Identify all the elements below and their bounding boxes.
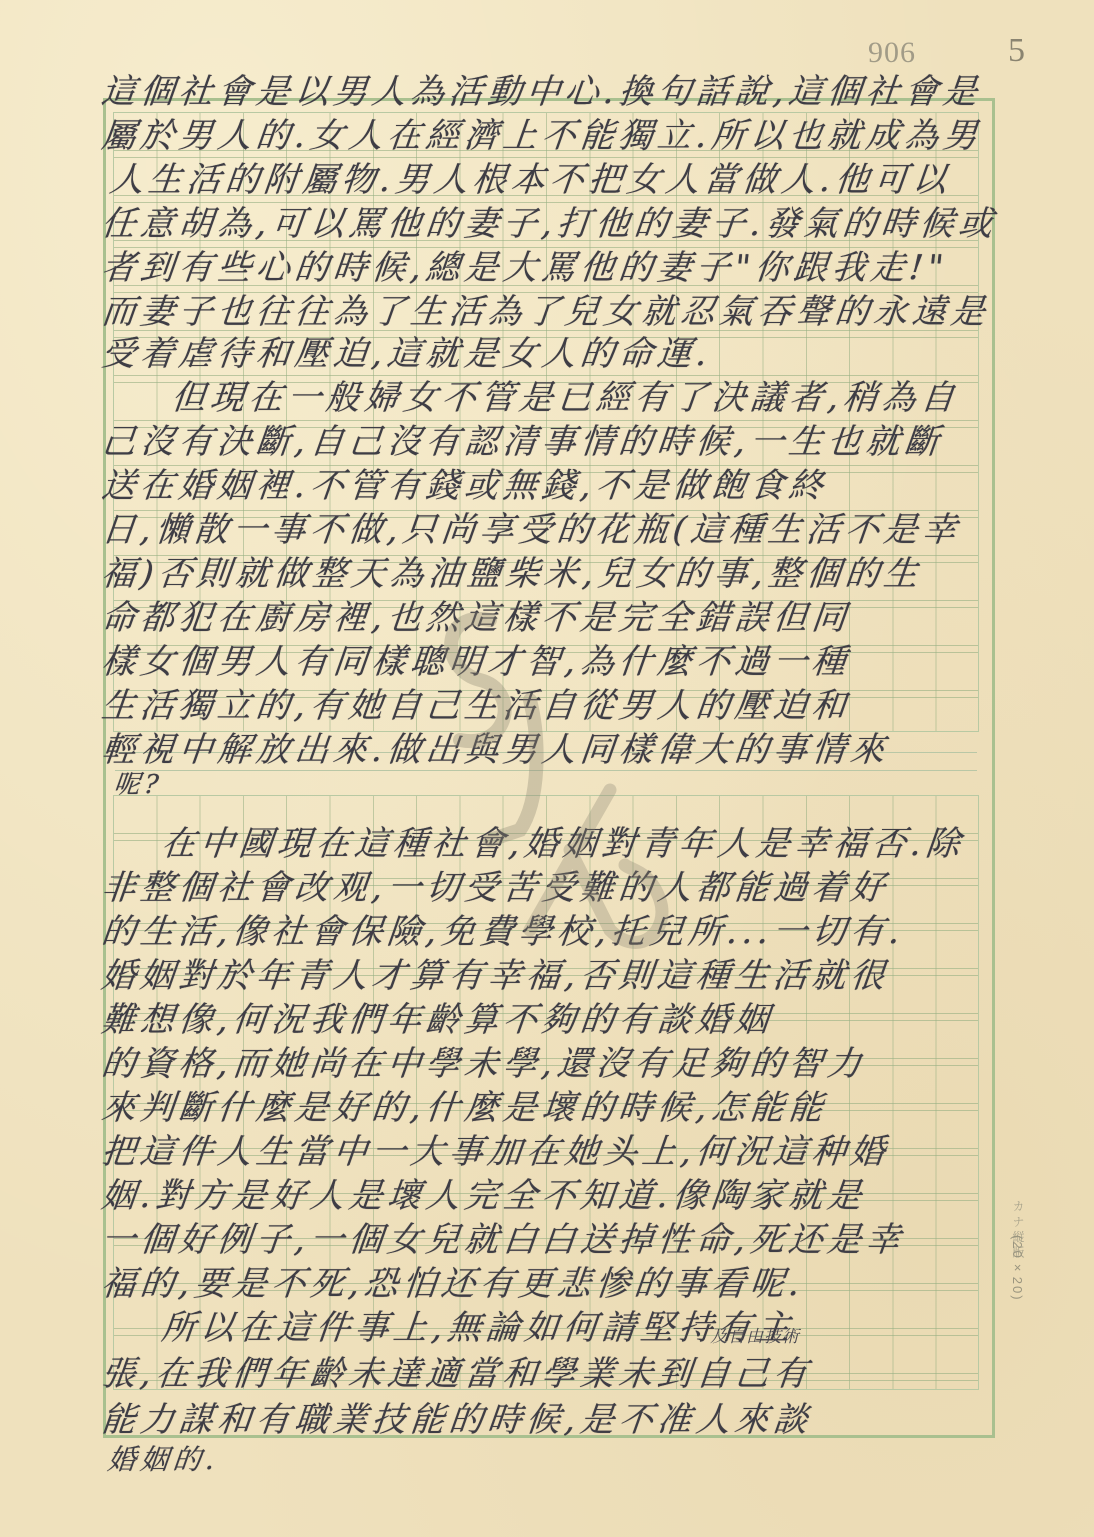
text-line: 把這件人生當中一大事加在她头上,何況這种婚	[99, 1124, 892, 1173]
text-line: 婚姻的.	[106, 1438, 222, 1478]
grid-spec-label: (20×20)	[1010, 1235, 1025, 1302]
text-line: 人生活的附屬物.男人根本不把女人當做人.他可以	[107, 152, 954, 201]
text-line: 己沒有決斷,自己沒有認清事情的時候,一生也就斷	[99, 414, 946, 463]
text-line: 受着虐待和壓迫,這就是女人的命運.	[99, 326, 714, 375]
text-line: 福)否則就做整天為油鹽柴米,兒女的事,整個的生	[99, 546, 925, 595]
text-line: 所以在這件事上,無論如何請堅持有主	[159, 1300, 797, 1349]
text-line: 的資格,而她尚在中學未學,還沒有足夠的智力	[99, 1036, 868, 1085]
interlinear-note: 及自由技術	[710, 1322, 800, 1347]
text-line: 這個社會是以男人為活動中心.換句話說,這個社會是	[99, 64, 984, 113]
text-line: 生活獨立的,有她自己生活自從男人的壓迫和	[99, 678, 853, 727]
text-line: 福的,要是不死,恐怕还有更悲惨的事看呢.	[99, 1256, 807, 1305]
text-line: 日,懶散一事不做,只尚享受的花瓶(這種生活不是幸	[99, 502, 963, 551]
text-line: 任意胡為,可以罵他的妻子,打他的妻子.發氣的時候或	[99, 196, 1000, 245]
text-line: 送在婚姻裡.不管有錢或無錢,不是做飽食終	[99, 458, 830, 507]
text-line: 來判斷什麼是好的,什麼是壞的時候,怎能能	[99, 1080, 830, 1129]
text-line: 樣女個男人有同樣聰明才智,為什麼不過一種	[99, 634, 853, 683]
text-line: 呢?	[112, 764, 165, 801]
text-line: 婚姻對於年青人才算有幸福,否則這種生活就很	[99, 948, 892, 997]
text-line: 非整個社會改观,一切受苦受難的人都能過着好	[99, 860, 892, 909]
text-line: 難想像,何況我們年齡算不夠的有談婚姻	[99, 992, 776, 1041]
text-line: 輕視中解放出來.做出與男人同樣偉大的事情來	[99, 722, 892, 771]
text-line: 在中國現在這種社會,婚姻對青年人是幸福否.除	[159, 816, 967, 865]
text-line: 但現在一般婦女不管是已經有了決議者,稍為自	[169, 370, 962, 419]
text-line: 一個好例子,一個女兒就白白送掉性命,死还是幸	[99, 1212, 907, 1261]
text-line: 姻.對方是好人是壞人完全不知道.像陶家就是	[99, 1168, 868, 1217]
text-line: 屬於男人的.女人在經濟上不能獨立.所以也就成為男	[99, 108, 984, 157]
text-line: 張,在我們年齡未達適當和學業未到自己有	[99, 1346, 814, 1395]
page-number: 5	[1008, 32, 1025, 70]
text-line: 的生活,像社會保險,免費學校,托兒所...一切有.	[99, 904, 907, 953]
text-line: 能力謀和有職業技能的時候,是不准人來談	[99, 1392, 814, 1441]
text-line: 者到有些心的時候,總是大罵他的妻子"你跟我走!"	[99, 240, 950, 289]
text-line: 命都犯在廚房裡,也然這樣不是完全錯誤但同	[99, 590, 853, 639]
